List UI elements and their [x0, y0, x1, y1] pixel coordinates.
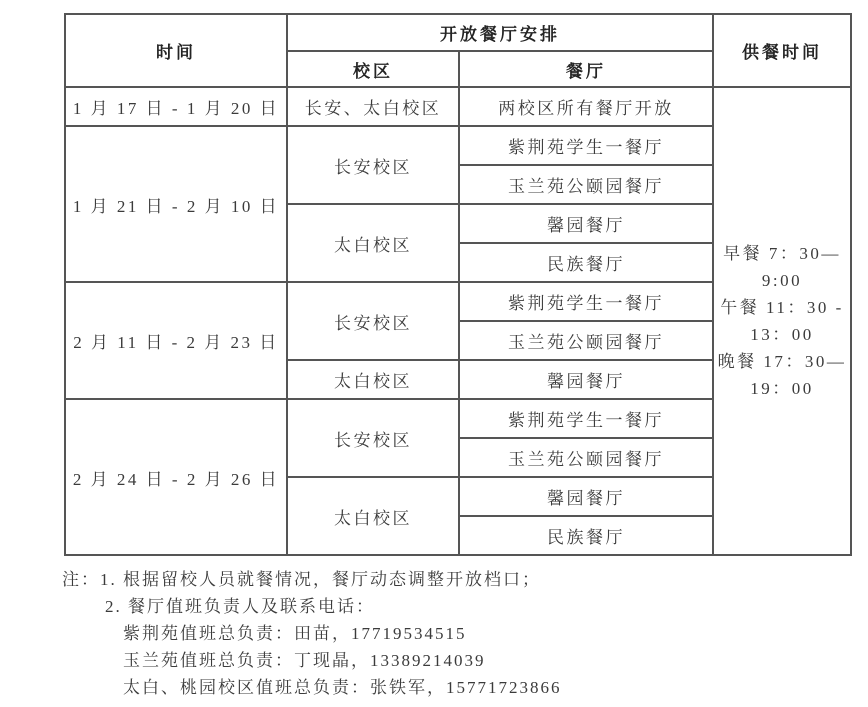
canteen-cell: 馨园餐厅 [459, 204, 713, 243]
canteen-cell: 玉兰苑公颐园餐厅 [459, 438, 713, 477]
header-campus: 校区 [287, 51, 459, 87]
canteen-cell: 玉兰苑公颐园餐厅 [459, 321, 713, 360]
notes-section: 注：1. 根据留校人员就餐情况，餐厅动态调整开放档口； 2. 餐厅值班负责人及联… [62, 566, 842, 701]
header-canteen: 餐厅 [459, 51, 713, 87]
date-range: 1 月 21 日 - 2 月 10 日 [65, 126, 287, 282]
meal-line: 19：00 [716, 375, 848, 402]
header-arrangement: 开放餐厅安排 [287, 14, 713, 51]
meal-line: 9:00 [716, 267, 848, 294]
note-line-4: 玉兰苑值班总负责：丁现晶，13389214039 [62, 647, 842, 674]
meal-line: 午餐 11：30 - [716, 294, 848, 321]
canteen-cell: 紫荆苑学生一餐厅 [459, 282, 713, 321]
canteen-cell: 馨园餐厅 [459, 477, 713, 516]
canteen-cell: 馨园餐厅 [459, 360, 713, 399]
note-line-1: 注：1. 根据留校人员就餐情况，餐厅动态调整开放档口； [62, 566, 842, 593]
dining-schedule-document: 时间 开放餐厅安排 供餐时间 校区 餐厅 1 月 17 日 - 1 月 20 日… [0, 0, 868, 707]
campus-cell: 长安校区 [287, 399, 459, 477]
meal-time-cell: 早餐 7：30— 9:00 午餐 11：30 - 13：00 晚餐 17：30—… [713, 87, 851, 555]
dining-schedule-table: 时间 开放餐厅安排 供餐时间 校区 餐厅 1 月 17 日 - 1 月 20 日… [64, 13, 852, 556]
note-line-5: 太白、桃园校区值班总负责：张铁军，15771723866 [62, 674, 842, 701]
campus-cell: 长安校区 [287, 282, 459, 360]
meal-line: 早餐 7：30— [716, 240, 848, 267]
meal-line: 13：00 [716, 321, 848, 348]
campus-cell: 长安、太白校区 [287, 87, 459, 126]
campus-cell: 太白校区 [287, 204, 459, 282]
header-time: 时间 [65, 14, 287, 87]
canteen-cell: 民族餐厅 [459, 516, 713, 555]
date-range: 1 月 17 日 - 1 月 20 日 [65, 87, 287, 126]
campus-cell: 太白校区 [287, 477, 459, 555]
header-meal-time: 供餐时间 [713, 14, 851, 87]
meal-line: 晚餐 17：30— [716, 348, 848, 375]
canteen-cell: 两校区所有餐厅开放 [459, 87, 713, 126]
note-line-3: 紫荆苑值班总负责：田苗，17719534515 [62, 620, 842, 647]
canteen-cell: 紫荆苑学生一餐厅 [459, 399, 713, 438]
canteen-cell: 玉兰苑公颐园餐厅 [459, 165, 713, 204]
campus-cell: 长安校区 [287, 126, 459, 204]
campus-cell: 太白校区 [287, 360, 459, 399]
canteen-cell: 民族餐厅 [459, 243, 713, 282]
table-row: 1 月 17 日 - 1 月 20 日 长安、太白校区 两校区所有餐厅开放 早餐… [65, 87, 851, 126]
date-range: 2 月 24 日 - 2 月 26 日 [65, 399, 287, 555]
canteen-cell: 紫荆苑学生一餐厅 [459, 126, 713, 165]
note-line-2: 2. 餐厅值班负责人及联系电话： [62, 593, 842, 620]
date-range: 2 月 11 日 - 2 月 23 日 [65, 282, 287, 399]
